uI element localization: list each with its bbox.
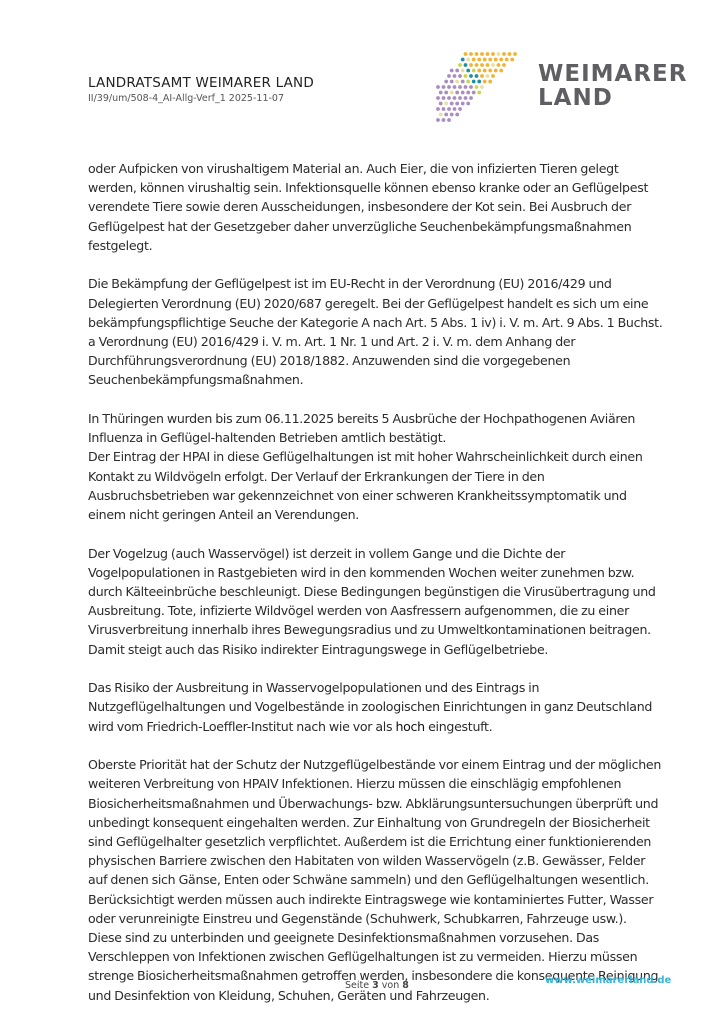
page-number: Seite 3 von 8 — [345, 980, 409, 991]
paragraph: Oberste Priorität hat der Schutz der Nut… — [88, 755, 663, 1005]
website-link[interactable]: www.weimarerland.de — [545, 975, 671, 986]
paragraph: Der Vogelzug (auch Wasservögel) ist derz… — [88, 544, 663, 659]
risk-level-emphasis: hoch — [395, 719, 424, 734]
organization-name: LANDRATSAMT WEIMARER LAND — [88, 75, 314, 91]
paragraph: Die Bekämpfung der Geflügelpest ist im E… — [88, 274, 663, 389]
risk-paragraph: Das Risiko der Ausbreitung in Wasservoge… — [88, 678, 663, 736]
document-reference: II/39/um/508-4_AI-Allg-Verf_1 2025-11-07 — [88, 93, 284, 104]
document-body: oder Aufpicken von virushaltigem Materia… — [88, 159, 663, 1024]
paragraph: In Thüringen wurden bis zum 06.11.2025 b… — [88, 409, 663, 524]
paragraph: oder Aufpicken von virushaltigem Materia… — [88, 159, 663, 255]
logo-wordmark: WEIMARER LAND — [538, 62, 687, 110]
weimarer-land-logo: WEIMARER LAND — [430, 48, 670, 128]
dotted-map-icon — [430, 48, 530, 128]
